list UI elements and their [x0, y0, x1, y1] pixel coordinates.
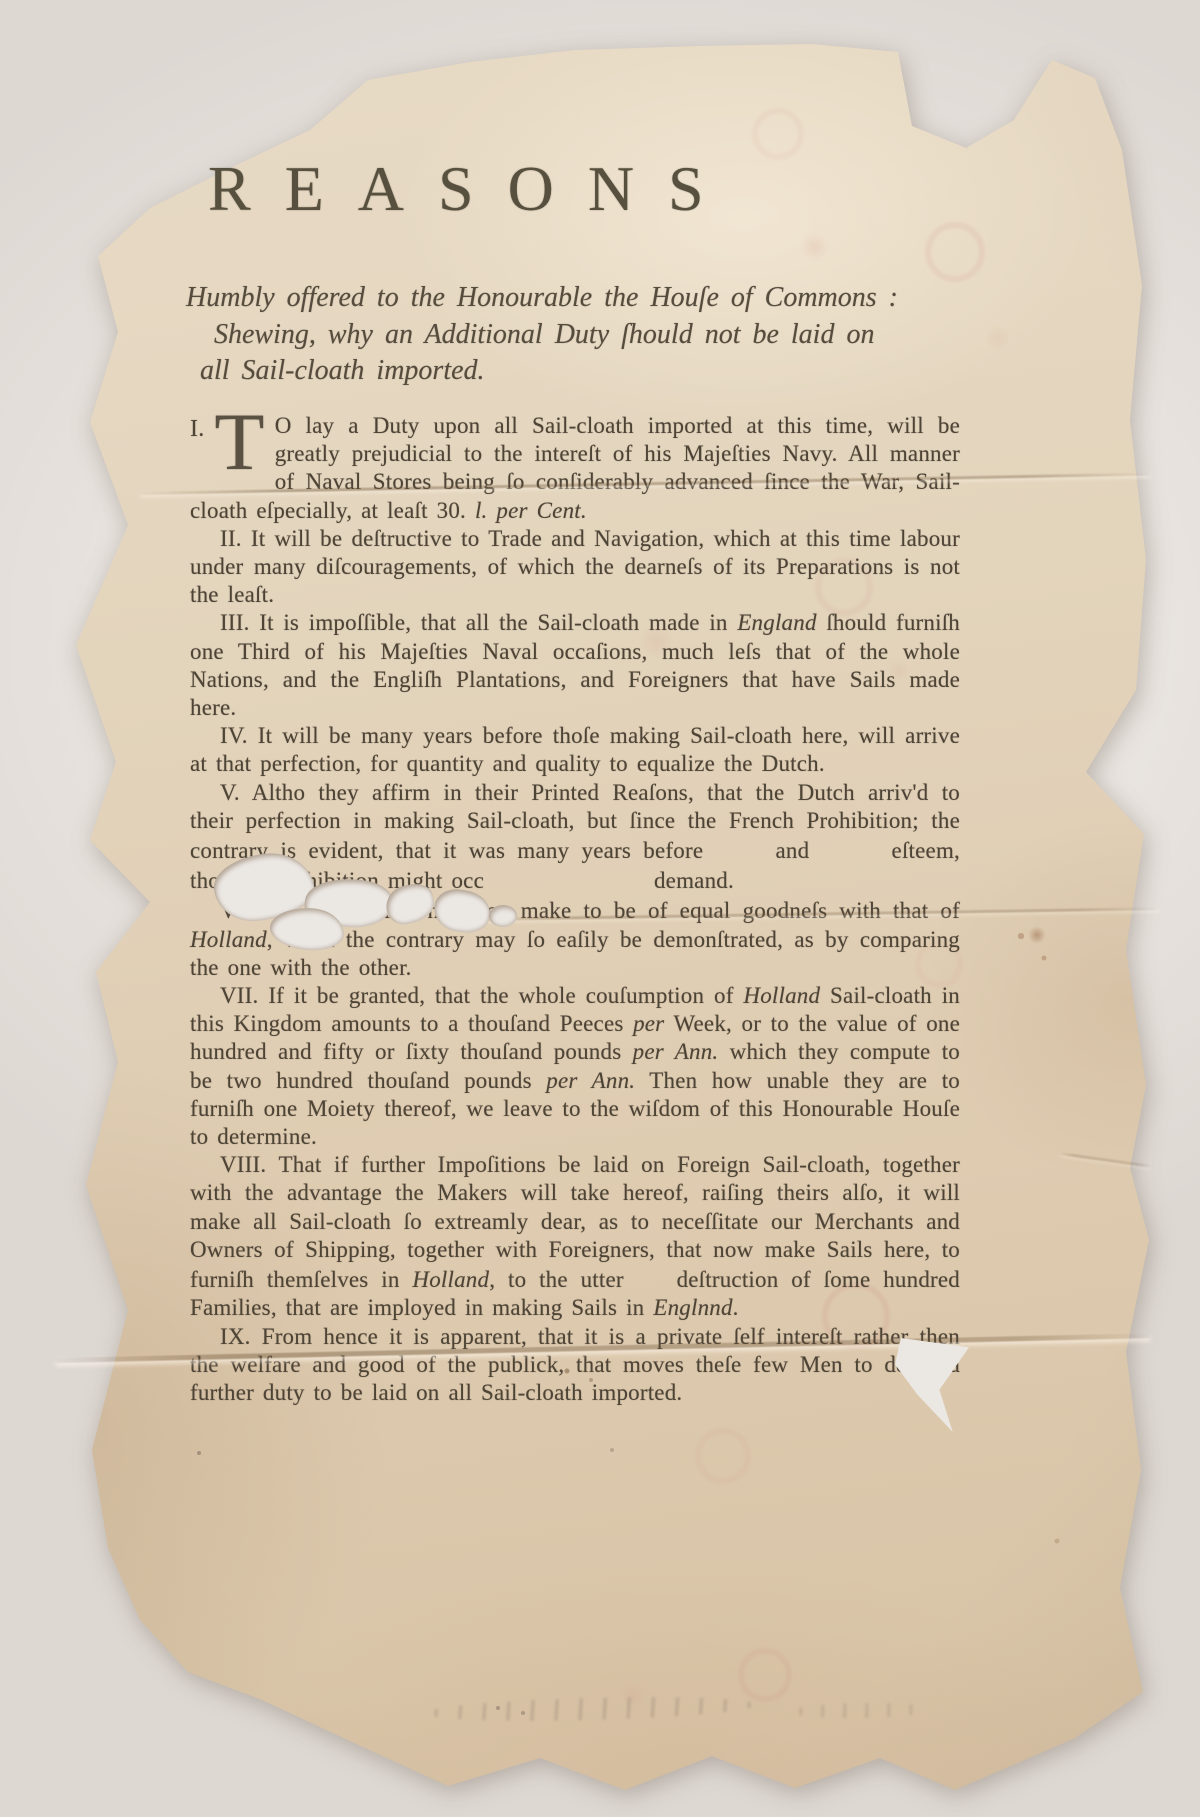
subtitle-line-3: all Sail-cloath imported. — [200, 355, 485, 387]
paragraph-3: III. It is impoſſible, that all the Sail… — [190, 609, 960, 722]
paragraph-4: IV. It will be many years before thoſe m… — [190, 722, 960, 778]
subtitle-line-1: Humbly offered to the Honourable the Hou… — [186, 282, 898, 314]
paragraph-7: VII. If it be granted, that the whole co… — [190, 982, 960, 1151]
paragraph-9: IX. From hence it is apparent, that it i… — [190, 1323, 960, 1408]
drop-cap: T — [214, 414, 264, 470]
printed-text-layer: REASONS Humbly offered to the Honourable… — [0, 0, 1200, 1817]
paragraph-1-text: O lay a Duty upon all Sail-cloath import… — [190, 413, 960, 523]
photo-background: REASONS Humbly offered to the Honourable… — [0, 0, 1200, 1817]
subtitle-line-2: Shewing, why an Additional Duty ſhould n… — [214, 319, 874, 351]
paragraph-8: VIII. That if further Impoſitions be lai… — [190, 1151, 960, 1322]
document-title: REASONS — [208, 152, 738, 226]
body-text: I.TO lay a Duty upon all Sail-cloath imp… — [190, 412, 960, 1407]
paragraph-6: VI.ſſert what they make to be of equal g… — [190, 895, 960, 982]
paragraph-5: V. Altho they affirm in their Printed Re… — [190, 779, 960, 896]
paragraph-2: II. It will be deſtructive to Trade and … — [190, 525, 960, 610]
paragraph-1: I.TO lay a Duty upon all Sail-cloath imp… — [190, 412, 960, 525]
paragraph-1-numeral: I. — [190, 415, 204, 443]
